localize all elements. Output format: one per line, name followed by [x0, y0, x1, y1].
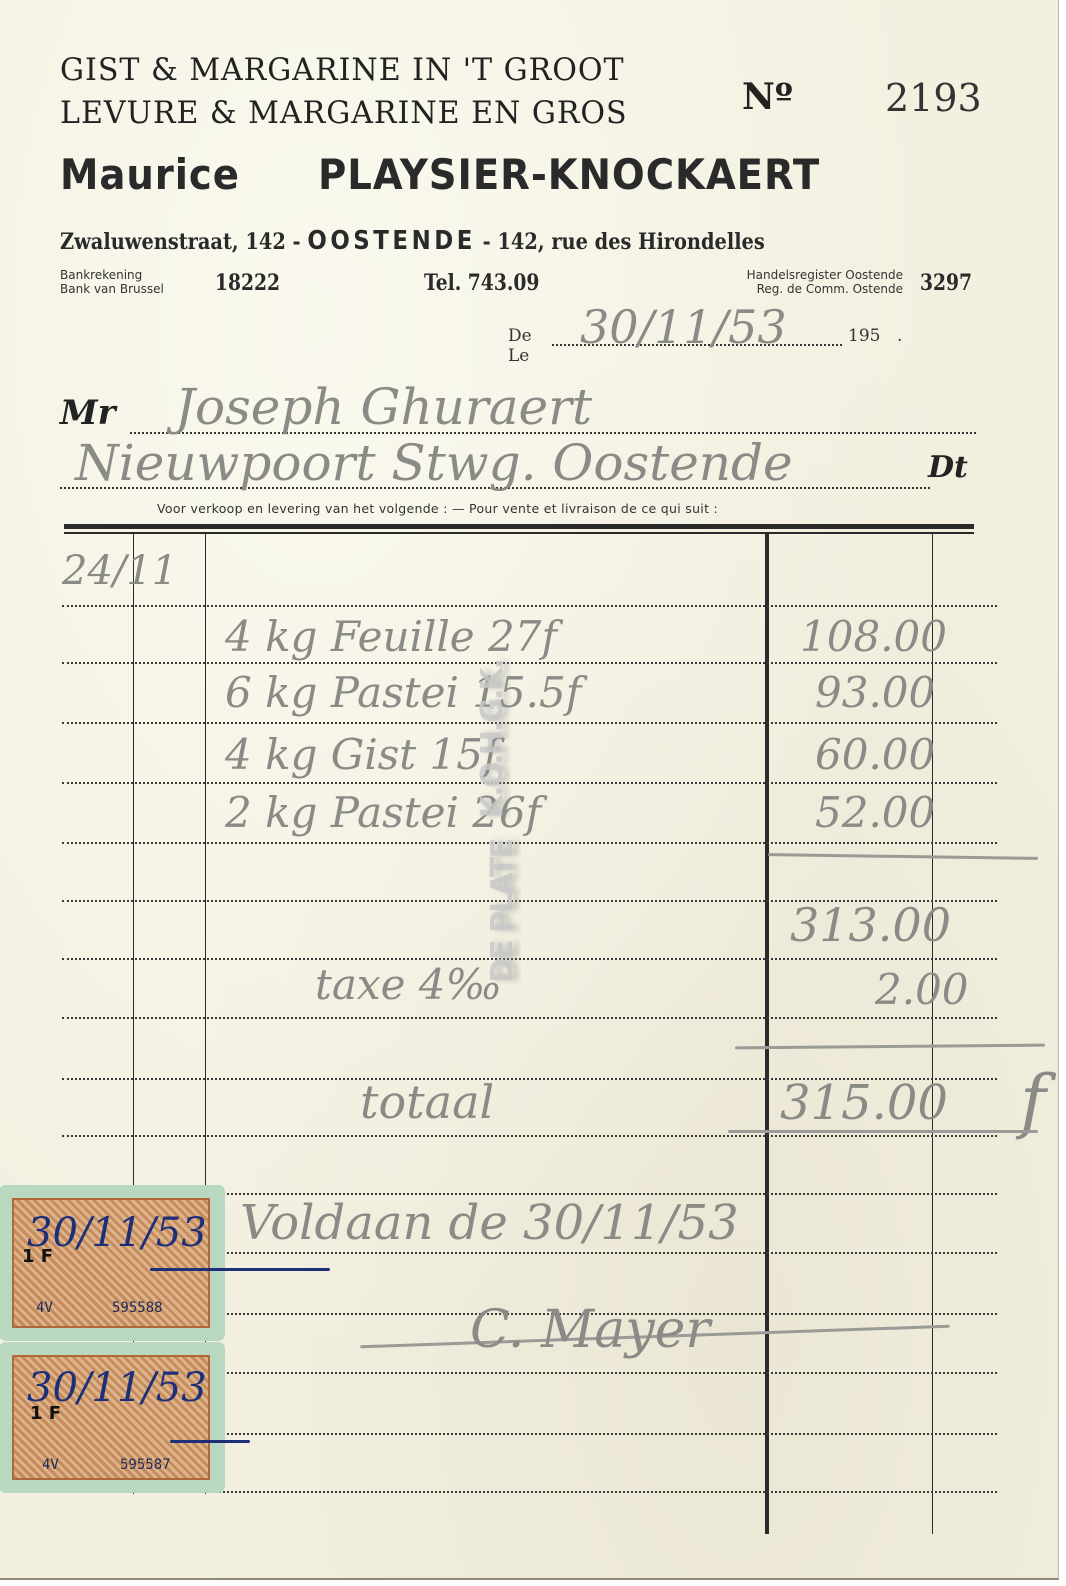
- address-french: 142, rue des Hirondelles: [497, 229, 764, 255]
- order-date: 24/11: [62, 548, 177, 594]
- total-underline: [728, 1130, 1038, 1133]
- header-line-dutch: GIST & MARGARINE IN 'T GROOT: [60, 52, 624, 88]
- row-line: [62, 782, 997, 784]
- revenue-stamp: 1 F 4V 595587 30/11/53: [2, 1345, 222, 1490]
- row-line: [62, 605, 997, 607]
- register-label-fr: Reg. de Comm. Ostende: [703, 282, 903, 296]
- item-amount: 108.00: [800, 612, 947, 661]
- stamp-serial: 595588: [112, 1300, 163, 1316]
- address-line: Zwaluwenstraat, 142 - OOSTENDE - 142, ru…: [60, 226, 765, 256]
- invoice-paper: GIST & MARGARINE IN 'T GROOT LEVURE & MA…: [0, 0, 1059, 1580]
- register-labels: Handelsregister Oostende Reg. de Comm. O…: [703, 268, 903, 296]
- bank-number: 18222: [215, 270, 280, 296]
- stamp-serial-prefix: 4V: [36, 1300, 53, 1316]
- total-amount: 315.00: [780, 1075, 948, 1131]
- stamp-cancel-date: 30/11/53: [27, 1365, 207, 1411]
- item-description: 6 kg Pastei 15.5f: [225, 668, 581, 717]
- company-name: PLAYSIER-KNOCKAERT: [318, 150, 820, 199]
- salutation: Mr: [60, 393, 116, 433]
- debit-mark: Dt: [928, 450, 968, 485]
- total-label: totaal: [360, 1075, 494, 1129]
- stamp-serial-prefix: 4V: [42, 1457, 59, 1473]
- date-period: .: [897, 326, 902, 346]
- register-label-nl: Handelsregister Oostende: [703, 268, 903, 282]
- stamp-cancel-stroke: [170, 1440, 250, 1443]
- total-overline: [735, 1044, 1045, 1050]
- revenue-stamp: 1 F 4V 595588 30/11/53: [2, 1188, 222, 1338]
- separator: -: [483, 229, 491, 255]
- signature: C. Mayer: [470, 1300, 710, 1360]
- bank-labels: Bankrekening Bank van Brussel: [60, 268, 164, 296]
- telephone: Tel. 743.09: [424, 270, 539, 296]
- tax-amount: 2.00: [875, 965, 969, 1014]
- address-dutch: Zwaluwenstraat, 142: [60, 229, 286, 255]
- table-top-rule: [64, 524, 974, 529]
- paid-note: Voldaan de 30/11/53: [240, 1195, 739, 1251]
- customer-address: Nieuwpoort Stwg. Oostende: [75, 434, 793, 492]
- item-description: 4 kg Feuille 27f: [225, 612, 557, 661]
- stamp-serial: 595587: [120, 1457, 171, 1473]
- customer-name: Joseph Ghuraert: [175, 378, 592, 436]
- separator: -: [293, 229, 301, 255]
- stamp-cancel-stroke: [150, 1268, 330, 1271]
- item-amount: 60.00: [815, 730, 935, 779]
- table-top-rule-thin: [64, 532, 974, 534]
- sale-caption: Voor verkoop en levering van het volgend…: [157, 501, 718, 516]
- row-line: [62, 1017, 997, 1019]
- bank-label-fr: Bank van Brussel: [60, 282, 164, 296]
- row-line: [62, 958, 997, 960]
- sum-underline: [768, 853, 1038, 860]
- invoice-number: 2193: [885, 76, 982, 120]
- stamp-cancel-date: 30/11/53: [27, 1210, 207, 1256]
- item-amount: 52.00: [815, 788, 935, 837]
- invoice-number-label: Nº: [742, 76, 793, 118]
- date-year-prefix: 195: [848, 326, 880, 346]
- date-handwritten: 30/11/53: [580, 300, 787, 354]
- date-label-nl: De: [508, 326, 532, 346]
- item-description: 4 kg Gist 15f: [225, 730, 499, 779]
- date-label-fr: Le: [508, 346, 529, 366]
- city: OOSTENDE: [307, 226, 476, 256]
- watermark-top: K.O.H.G.K.: [475, 660, 510, 818]
- register-number: 3297: [920, 270, 972, 296]
- row-line: [62, 1135, 997, 1137]
- column-divider-amount: [765, 534, 769, 1534]
- bank-label-nl: Bankrekening: [60, 268, 164, 282]
- company-first-name: Maurice: [60, 150, 240, 199]
- header-line-french: LEVURE & MARGARINE EN GROS: [60, 95, 628, 131]
- watermark-bottom: DE PLATE: [485, 840, 520, 983]
- row-line: [62, 662, 997, 664]
- tax-label: taxe 4‰: [315, 960, 502, 1009]
- row-line: [62, 1491, 997, 1493]
- subtotal-amount: 313.00: [790, 898, 951, 952]
- row-line: [62, 722, 997, 724]
- row-line: [62, 842, 997, 844]
- item-amount: 93.00: [815, 668, 935, 717]
